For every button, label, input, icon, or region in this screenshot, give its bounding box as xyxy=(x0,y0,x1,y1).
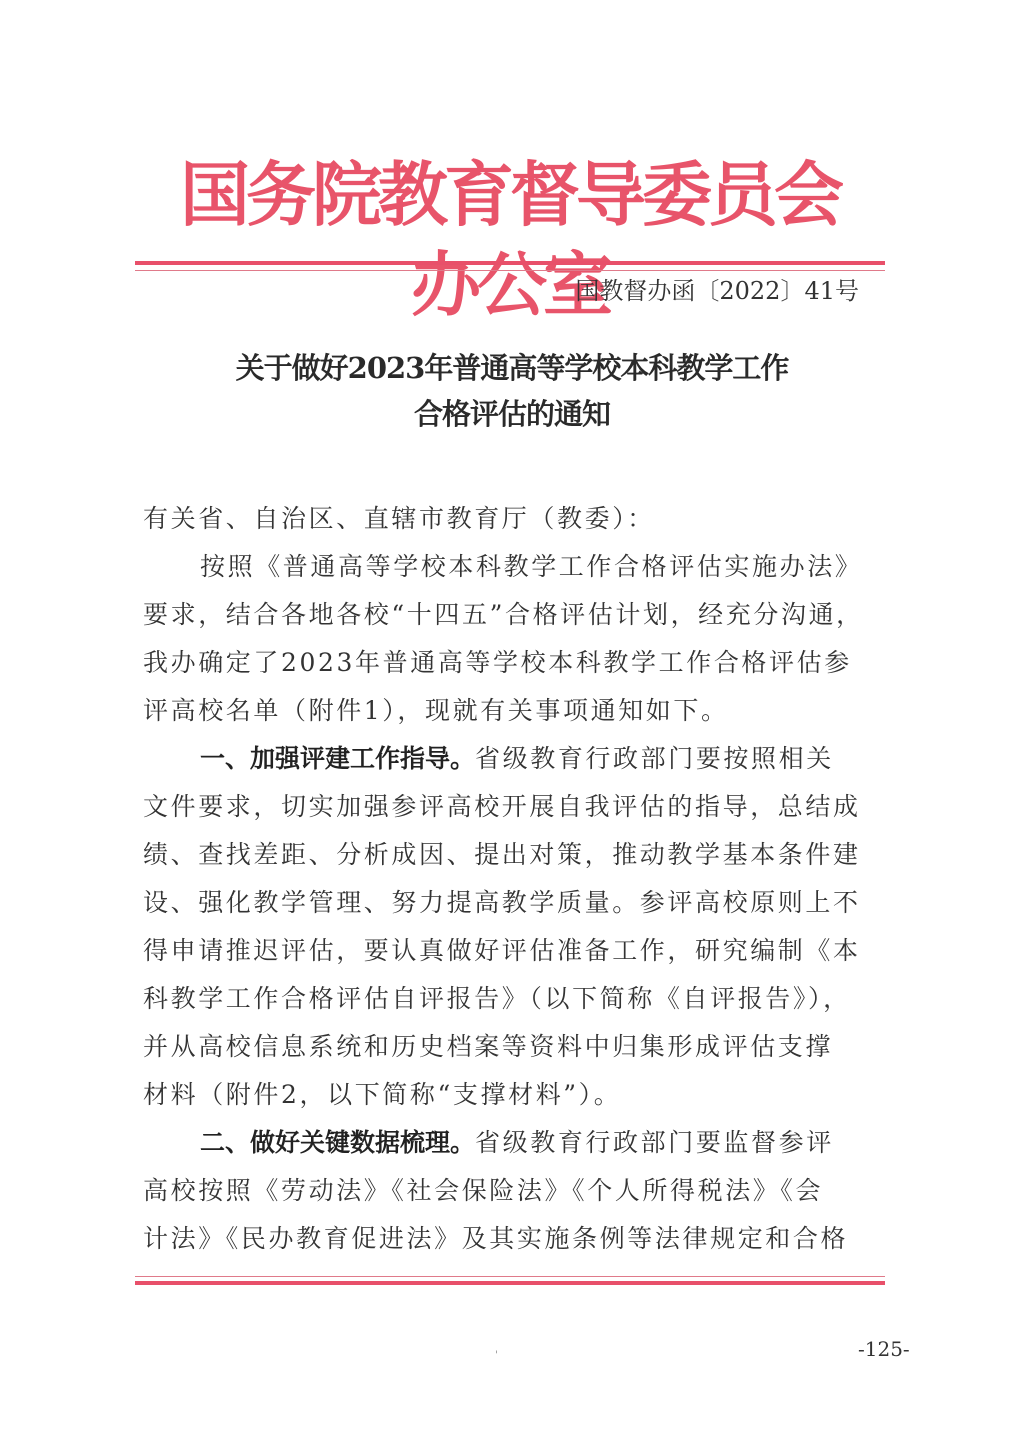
section-1-line: 设、强化教学管理、努力提高教学质量。参评高校原则上不 xyxy=(143,885,863,921)
intro-line: 我办确定了2023年普通高等学校本科教学工作合格评估参 xyxy=(143,645,863,681)
section-1-line: 文件要求，切实加强参评高校开展自我评估的指导，总结成 xyxy=(143,789,863,825)
section-2-first-line: 二、做好关键数据梳理。省级教育行政部门要监督参评 xyxy=(200,1125,863,1161)
page-number: -125- xyxy=(858,1337,910,1361)
section-1-first-line: 一、加强评建工作指导。省级教育行政部门要按照相关 xyxy=(200,741,863,777)
section-2-first-line-text: 省级教育行政部门要监督参评 xyxy=(475,1128,834,1157)
intro-line: 评高校名单（附件1），现就有关事项通知如下。 xyxy=(143,693,863,729)
scan-mark: ' xyxy=(495,1350,498,1361)
footer-rule-thick xyxy=(135,1281,885,1285)
notice-title-line-1: 关于做好2023年普通高等学校本科教学工作 xyxy=(140,348,884,388)
header-rule-thick xyxy=(135,261,885,265)
intro-line: 要求，结合各地各校“十四五”合格评估计划，经充分沟通， xyxy=(143,597,863,633)
issuer-masthead: 国务院教育督导委员会办公室 xyxy=(150,150,870,240)
section-1-line: 科教学工作合格评估自评报告》（以下简称《自评报告》）， xyxy=(143,981,863,1017)
header-rule-thin xyxy=(135,270,885,271)
section-1-line: 得申请推迟评估，要认真做好评估准备工作，研究编制《本 xyxy=(143,933,863,969)
section-1-line: 并从高校信息系统和历史档案等资料中归集形成评估支撑 xyxy=(143,1029,863,1065)
section-1-line: 材料（附件2，以下简称“支撑材料”）。 xyxy=(143,1077,863,1113)
section-1-line: 绩、查找差距、分析成因、提出对策，推动教学基本条件建 xyxy=(143,837,863,873)
document-number: 国教督办函〔2022〕41号 xyxy=(575,274,859,308)
footer-rule-thin xyxy=(135,1276,885,1277)
intro-line: 按照《普通高等学校本科教学工作合格评估实施办法》 xyxy=(200,549,863,585)
section-2-line: 高校按照《劳动法》《社会保险法》《个人所得税法》《会 xyxy=(143,1173,863,1209)
salutation: 有关省、自治区、直辖市教育厅（教委）： xyxy=(143,501,863,537)
notice-title-line-2: 合格评估的通知 xyxy=(140,394,884,434)
section-2-heading: 二、做好关键数据梳理。 xyxy=(200,1128,475,1157)
section-1-heading: 一、加强评建工作指导。 xyxy=(200,744,475,773)
section-1-first-line-text: 省级教育行政部门要按照相关 xyxy=(475,744,834,773)
section-2-line: 计法》《民办教育促进法》及其实施条例等法律规定和合格 xyxy=(143,1221,863,1257)
